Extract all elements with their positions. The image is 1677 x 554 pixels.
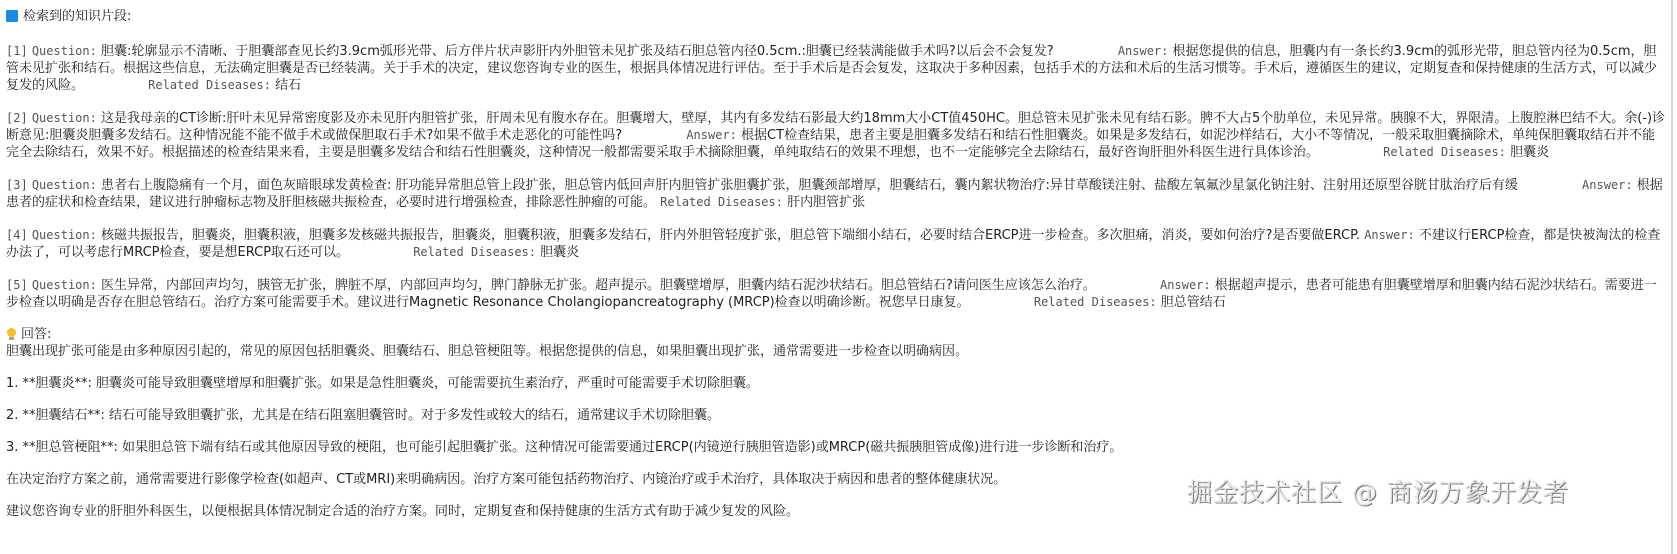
diseases-label: Related Diseases: (413, 245, 536, 259)
disease-text: 结石 (275, 78, 301, 93)
item-index: [5] (6, 278, 28, 292)
item-index: [4] (6, 228, 28, 242)
question-text: 患者右上腹隐痛有一个月，面色灰暗眼球发黄检查: 肝功能异常胆总管上段扩张，胆总管… (101, 178, 1518, 193)
response-paragraph: 2. **胆囊结石**: 结石可能导致胆囊扩张，尤其是在结石阻塞胆囊管时。对于多… (6, 407, 1668, 424)
question-label: Question: (32, 228, 97, 242)
item-index: [3] (6, 178, 28, 192)
question-label: Question: (32, 278, 97, 292)
lightbulb-icon (6, 328, 16, 341)
question-text: 胆囊:轮廓显示不清晰、于胆囊部查见长约3.9cm弧形光带、后方伴片状声影肝内外胆… (101, 44, 1054, 59)
response-paragraph: 3. **胆总管梗阻**: 如果胆总管下端有结石或其他原因导致的梗阻，也可能引起… (6, 439, 1668, 456)
diseases-label: Related Diseases: (1034, 295, 1157, 309)
answer-label: Answer: (1160, 278, 1211, 292)
disease-text: 胆囊炎 (1510, 145, 1549, 160)
knowledge-item-5: [5] Question: 医生异常，内部回声均匀，胰管无扩张，脾脏不厚，内部回… (6, 277, 1668, 311)
disease-text: 胆囊炎 (540, 245, 579, 260)
blue-square-icon (6, 10, 18, 22)
disease-text: 肝内胆管扩张 (787, 195, 865, 210)
knowledge-item-4: [4] Question: 核磁共振报告，胆囊炎，胆囊积液，胆囊多发核磁共振报告… (6, 227, 1668, 261)
retrieval-heading-text: 检索到的知识片段: (23, 8, 131, 25)
vertical-scrollbar[interactable] (1671, 0, 1673, 554)
answer-label: Answer: (1582, 178, 1633, 192)
response-heading: 回答: (6, 325, 1668, 343)
question-label: Question: (32, 178, 97, 192)
answer-label: Answer: (1364, 228, 1415, 242)
diseases-label: Related Diseases: (1383, 145, 1506, 159)
question-label: Question: (32, 44, 97, 58)
retrieval-heading: 检索到的知识片段: (6, 5, 1668, 27)
knowledge-item-1: [1] Question: 胆囊:轮廓显示不清晰、于胆囊部查见长约3.9cm弧形… (6, 43, 1668, 94)
knowledge-item-2: [2] Question: 这是我母亲的CT诊断:肝叶未见异常密度影及亦未见肝内… (6, 110, 1668, 161)
notebook-output: 检索到的知识片段: [1] Question: 胆囊:轮廓显示不清晰、于胆囊部查… (6, 0, 1668, 520)
question-text: 医生异常，内部回声均匀，胰管无扩张，脾脏不厚，内部回声均匀，脾门静脉无扩张。超声… (101, 278, 1096, 293)
answer-label: Answer: (686, 128, 737, 142)
question-text: 核磁共振报告，胆囊炎，胆囊积液，胆囊多发核磁共振报告，胆囊炎，胆囊积液，胆囊多发… (101, 228, 1360, 243)
item-index: [2] (6, 111, 28, 125)
diseases-label: Related Diseases: (660, 195, 783, 209)
watermark: 掘金技术社区 @ 商汤万象开发者 (1187, 473, 1569, 509)
response-paragraph: 1. **胆囊炎**: 胆囊炎可能导致胆囊壁增厚和胆囊扩张。如果是急性胆囊炎，可… (6, 375, 1668, 392)
question-label: Question: (32, 111, 97, 125)
disease-text: 胆总管结石 (1161, 295, 1226, 310)
response-paragraph: 胆囊出现扩张可能是由多种原因引起的，常见的原因包括胆囊炎、胆囊结石、胆总管梗阻等… (6, 343, 1668, 360)
diseases-label: Related Diseases: (148, 78, 271, 92)
response-heading-text: 回答: (21, 326, 51, 343)
item-index: [1] (6, 44, 28, 58)
answer-label: Answer: (1118, 44, 1169, 58)
knowledge-item-3: [3] Question: 患者右上腹隐痛有一个月，面色灰暗眼球发黄检查: 肝功… (6, 177, 1668, 211)
